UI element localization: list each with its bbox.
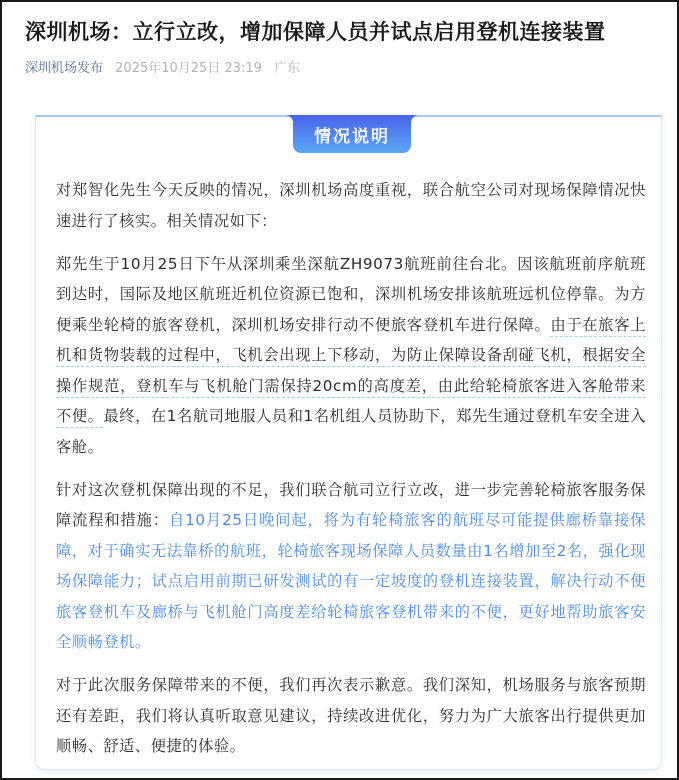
source-account-link[interactable]: 深圳机场发布: [25, 61, 103, 76]
paragraph-apology: 对于此次服务保障带来的不便，我们再次表示歉意。我们深知，机场服务与旅客预期还有差…: [56, 670, 646, 762]
paragraph-intro: 对郑智化先生今天反映的情况，深圳机场高度重视，联合航空公司对现场保障情况快速进行…: [56, 175, 646, 236]
publish-location: 广东: [274, 61, 300, 76]
statement-badge: 情况说明: [293, 115, 411, 153]
incident-tail-text: 最终，在1名航司地服人员和1名机组人员协助下，郑先生通过登机车安全进入客舱。: [56, 407, 646, 456]
statement-body: 对郑智化先生今天反映的情况，深圳机场高度重视，联合航空公司对现场保障情况快速进行…: [56, 175, 646, 774]
publish-time: 2025年10月25日 23:19: [115, 61, 262, 76]
paragraph-measures: 针对这次登机保障出现的不足，我们联合航司立行立改，进一步完善轮椅旅客服务保障流程…: [56, 475, 646, 658]
article-title: 深圳机场：立行立改，增加保障人员并试点启用登机连接装置: [25, 16, 606, 46]
measures-highlight-text: 自10月25日晚间起，将为有轮椅旅客的航班尽可能提供廊桥靠接保障，对于确实无法靠…: [56, 511, 646, 651]
badge-label: 情况说明: [314, 122, 390, 147]
paragraph-incident: 郑先生于10月25日下午从深圳乘坐深航ZH9073航班前往台北。因该航班前序航班…: [56, 249, 646, 463]
article-page: 深圳机场：立行立改，增加保障人员并试点启用登机连接装置 深圳机场发布 2025年…: [0, 0, 679, 780]
statement-card: 情况说明 对郑智化先生今天反映的情况，深圳机场高度重视，联合航空公司对现场保障情…: [35, 115, 662, 770]
article-meta: 深圳机场发布 2025年10月25日 23:19 广东: [25, 57, 300, 76]
